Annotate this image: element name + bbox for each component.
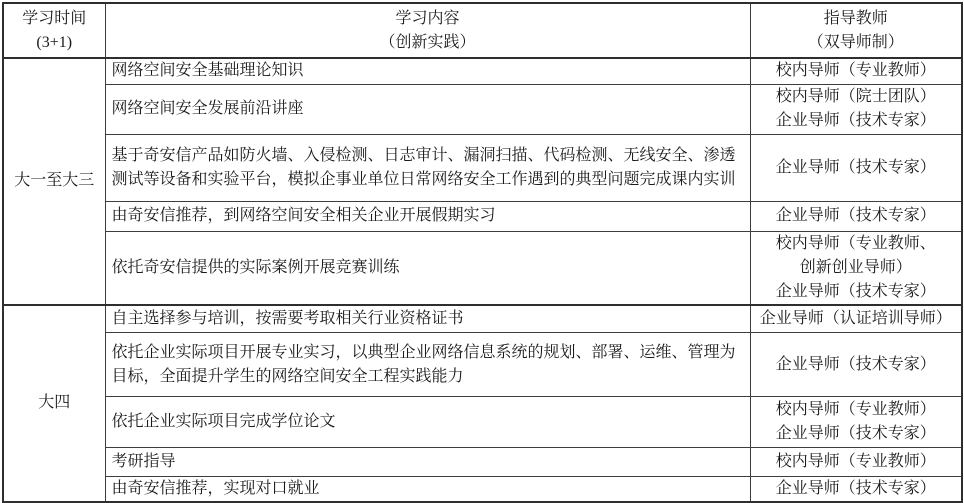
teacher-cell: 校内导师（院士团队） 企业导师（技术专家） [750, 84, 962, 134]
content-cell: 考研指导 [105, 448, 750, 477]
header-instructor: 指导教师 （双导师制） [750, 3, 962, 58]
content-cell: 网络空间安全基础理论知识 [105, 58, 750, 84]
table-row: 基于奇安信产品如防火墙、入侵检测、日志审计、漏洞扫描、代码检测、无线安全、渗透测… [3, 134, 962, 201]
content-cell: 由奇安信推荐，实现对口就业 [105, 477, 750, 501]
teacher-cell: 校内导师（专业教师、 创新创业导师） 企业导师（技术专家） [750, 231, 962, 305]
content-cell: 自主选择参与培训，按需要考取相关行业资格证书 [105, 305, 750, 333]
teacher-cell: 校内导师（专业教师） 企业导师（技术专家） [750, 397, 962, 448]
teacher-cell: 校内导师（专业教师） [750, 448, 962, 477]
content-cell: 由奇安信推荐，到网络空间安全相关企业开展假期实习 [105, 201, 750, 231]
teacher-cell: 企业导师（技术专家） [750, 134, 962, 201]
teacher-cell: 企业导师（技术专家） [750, 477, 962, 501]
table-row: 大一至大三 网络空间安全基础理论知识 校内导师（专业教师） [3, 58, 962, 84]
content-cell: 依托企业实际项目完成学位论文 [105, 397, 750, 448]
teacher-cell: 企业导师（技术专家） [750, 201, 962, 231]
table-row: 由奇安信推荐，到网络空间安全相关企业开展假期实习 企业导师（技术专家） [3, 201, 962, 231]
content-cell: 依托企业实际项目开展专业实习，以典型企业网络信息系统的规划、部署、运维、管理为目… [105, 333, 750, 397]
teacher-cell: 企业导师（技术专家） [750, 333, 962, 397]
teacher-cell: 校内导师（专业教师） [750, 58, 962, 84]
header-study-content: 学习内容 （创新实践） [105, 3, 750, 58]
period-cell-grade4: 大四 [3, 305, 105, 501]
table-row: 大四 自主选择参与培训，按需要考取相关行业资格证书 企业导师（认证培训导师） [3, 305, 962, 333]
table-row: 考研指导 校内导师（专业教师） [3, 448, 962, 477]
content-cell: 网络空间安全发展前沿讲座 [105, 84, 750, 134]
table-row: 依托企业实际项目完成学位论文 校内导师（专业教师） 企业导师（技术专家） [3, 397, 962, 448]
header-row: 学习时间 (3+1) 学习内容 （创新实践） 指导教师 （双导师制） [3, 3, 962, 58]
table-row: 由奇安信推荐，实现对口就业 企业导师（技术专家） [3, 477, 962, 501]
content-cell: 依托奇安信提供的实际案例开展竞赛训练 [105, 231, 750, 305]
teacher-cell: 企业导师（认证培训导师） [750, 305, 962, 333]
curriculum-table-container: 学习时间 (3+1) 学习内容 （创新实践） 指导教师 （双导师制） 大一至大三… [2, 2, 961, 496]
curriculum-table: 学习时间 (3+1) 学习内容 （创新实践） 指导教师 （双导师制） 大一至大三… [2, 2, 963, 500]
table-row: 网络空间安全发展前沿讲座 校内导师（院士团队） 企业导师（技术专家） [3, 84, 962, 134]
table-row: 依托企业实际项目开展专业实习，以典型企业网络信息系统的规划、部署、运维、管理为目… [3, 333, 962, 397]
period-cell-grades1to3: 大一至大三 [3, 58, 105, 305]
content-cell: 基于奇安信产品如防火墙、入侵检测、日志审计、漏洞扫描、代码检测、无线安全、渗透测… [105, 134, 750, 201]
table-row: 依托奇安信提供的实际案例开展竞赛训练 校内导师（专业教师、 创新创业导师） 企业… [3, 231, 962, 305]
header-study-time: 学习时间 (3+1) [3, 3, 105, 58]
